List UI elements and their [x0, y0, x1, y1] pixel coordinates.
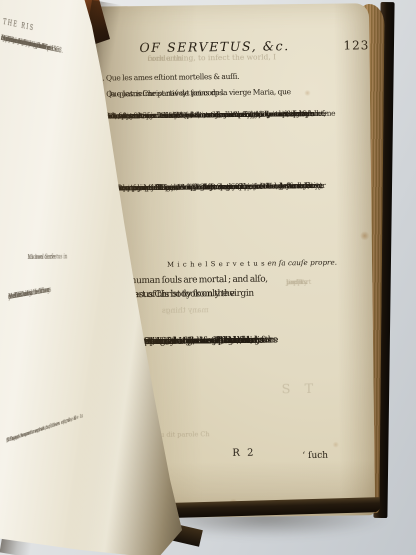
- text-line: 1. Que les ames eſtiont mortelles & auſſ…: [98, 72, 240, 84]
- text-line: his own cauſe.: [28, 250, 57, 264]
- catchword: ‘ ſuch: [302, 451, 328, 461]
- left-page-lower-text: preſented one otheron that day, deſiring…: [8, 274, 97, 290]
- page-number: 123: [343, 38, 369, 52]
- french-paragraph-2: Pourquoy Meſſeigneurs, je demande que mo…: [99, 180, 353, 183]
- signature-suffix: en ſa cauſe propre.: [267, 258, 337, 268]
- left-page-text: THE RIS My Lords, I alſo deſirea ſummary…: [2, 14, 101, 50]
- page-header: OF SERVETUS, &c. 123: [139, 37, 369, 55]
- signature-line: M i c h e l S e r v e t u s en ſa cauſe …: [148, 257, 356, 269]
- foxing-spot: [332, 442, 339, 448]
- text-line: publicamant, pour enfecir le monde je me…: [98, 109, 335, 122]
- text-line: ſoups.: [6, 432, 18, 446]
- gathering-signature-mark: R 2: [232, 448, 255, 459]
- left-page-signature: Michael Servetus inhis own cauſe.: [28, 249, 106, 250]
- french-list-item-2: 2. Que Jesus Christ navoyt prins de la v…: [98, 86, 352, 89]
- foxing-spot: [304, 90, 311, 96]
- foxing-spot: [360, 231, 370, 240]
- text-line: en vos priſons de Geneve le 22 de Septem…: [99, 182, 258, 194]
- text-line: la quatrieſme partié de ſon corps.: [98, 88, 225, 100]
- signature-name: M i c h e l S e r v e t u s: [167, 260, 265, 269]
- french-paragraph-1: Ce ſont choſes horribles, & execrables. …: [98, 108, 352, 111]
- photo-background: ſuch a thing, to infect the world, Icond…: [0, 0, 416, 555]
- running-title: OF SERVETUS, &c.: [139, 38, 290, 55]
- french-list-item-1: 1. Que les ames eſtiont mortelles & auſſ…: [98, 70, 352, 73]
- text-line: Meſd Lord.: [8, 286, 32, 305]
- left-page-footnote: * Troys heures apres,Il luy demande en a…: [6, 404, 105, 436]
